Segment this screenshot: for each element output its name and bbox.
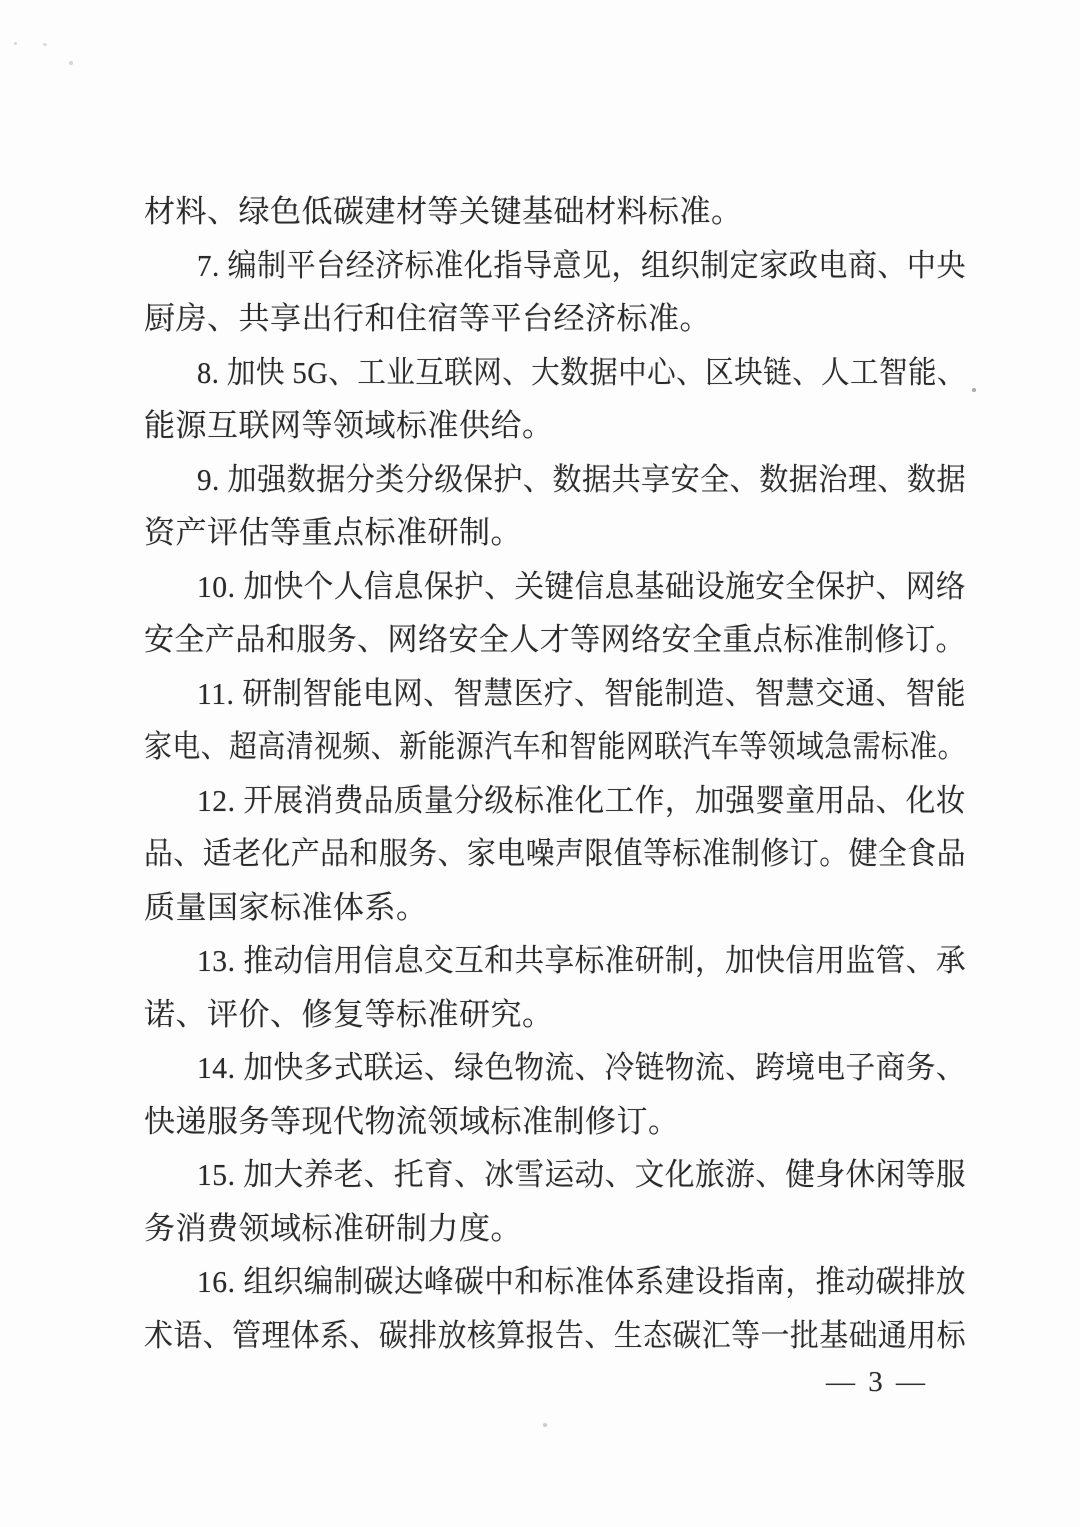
text-line: 家电、超高清视频、新能源汽车和智能网联汽车等领域急需标准。 [144, 720, 966, 774]
text-line-content: 16. 组织编制碳达峰碳中和标准体系建设指南，推动碳排放 [197, 1255, 966, 1309]
text-line: 14. 加快多式联运、绿色物流、冷链物流、跨境电子商务、 [144, 1041, 966, 1095]
text-line: 9. 加强数据分类分级保护、数据共享安全、数据治理、数据 [144, 453, 966, 507]
text-line: 11. 研制智能电网、智慧医疗、智能制造、智慧交通、智能 [144, 667, 966, 721]
text-line: 7. 编制平台经济标准化指导意见，组织制定家政电商、中央 [144, 239, 966, 293]
text-line-content: 8. 加快 5G、工业互联网、大数据中心、区块链、人工智能、 [197, 346, 966, 400]
text-line-content: 材料、绿色低碳建材等关键基础材料标准。 [144, 194, 743, 229]
text-line-content: 厨房、共享出行和住宿等平台经济标准。 [144, 301, 711, 336]
scanned-document-page: 材料、绿色低碳建材等关键基础材料标准。7. 编制平台经济标准化指导意见，组织制定… [0, 0, 1080, 1527]
text-line: 快递服务等现代物流领域标准制修订。 [144, 1095, 966, 1149]
text-line-content: 品、适老化产品和服务、家电噪声限值等标准制修订。健全食品 [144, 827, 966, 881]
text-line-content: 家电、超高清视频、新能源汽车和智能网联汽车等领域急需标准。 [144, 720, 966, 774]
scan-speck [69, 61, 73, 65]
text-line-content: 安全产品和服务、网络安全人才等网络安全重点标准制修订。 [144, 613, 966, 667]
text-line-content: 能源互联网等领域标准供给。 [144, 408, 554, 443]
text-line-content: 15. 加大养老、托育、冰雪运动、文化旅游、健身休闲等服 [197, 1148, 966, 1202]
text-line-content: 7. 编制平台经济标准化指导意见，组织制定家政电商、中央 [197, 239, 966, 293]
text-line-content: 12. 开展消费品质量分级标准化工作，加强婴童用品、化妆 [197, 774, 966, 828]
text-line: 术语、管理体系、碳排放核算报告、生态碳汇等一批基础通用标 [144, 1309, 966, 1363]
text-line: 10. 加快个人信息保护、关键信息基础设施安全保护、网络 [144, 560, 966, 614]
text-line-content: 术语、管理体系、碳排放核算报告、生态碳汇等一批基础通用标 [144, 1309, 966, 1363]
text-line: 务消费领域标准研制力度。 [144, 1202, 966, 1256]
text-line-content: 快递服务等现代物流领域标准制修订。 [144, 1104, 680, 1139]
text-line-content: 13. 推动信用信息交互和共享标准研制，加快信用监管、承 [197, 934, 966, 988]
text-line: 品、适老化产品和服务、家电噪声限值等标准制修订。健全食品 [144, 827, 966, 881]
document-body: 材料、绿色低碳建材等关键基础材料标准。7. 编制平台经济标准化指导意见，组织制定… [144, 185, 966, 1362]
text-line: 诺、评价、修复等标准研究。 [144, 988, 966, 1042]
text-line: 8. 加快 5G、工业互联网、大数据中心、区块链、人工智能、 [144, 346, 966, 400]
text-line-content: 诺、评价、修复等标准研究。 [144, 997, 554, 1032]
text-line: 13. 推动信用信息交互和共享标准研制，加快信用监管、承 [144, 934, 966, 988]
scan-speck [14, 42, 17, 45]
text-line: 12. 开展消费品质量分级标准化工作，加强婴童用品、化妆 [144, 774, 966, 828]
page-number: — 3 — [826, 1364, 928, 1400]
text-line-content: 务消费领域标准研制力度。 [144, 1211, 522, 1246]
text-line: 厨房、共享出行和住宿等平台经济标准。 [144, 292, 966, 346]
scan-speck [543, 1423, 547, 1427]
scan-speck [43, 43, 47, 46]
text-line-content: 11. 研制智能电网、智慧医疗、智能制造、智慧交通、智能 [197, 667, 966, 721]
text-line-content: 资产评估等重点标准研制。 [144, 515, 522, 550]
text-line: 质量国家标准体系。 [144, 881, 966, 935]
text-line: 16. 组织编制碳达峰碳中和标准体系建设指南，推动碳排放 [144, 1255, 966, 1309]
text-line-content: 14. 加快多式联运、绿色物流、冷链物流、跨境电子商务、 [197, 1041, 966, 1095]
text-line-content: 10. 加快个人信息保护、关键信息基础设施安全保护、网络 [197, 560, 966, 614]
text-line: 15. 加大养老、托育、冰雪运动、文化旅游、健身休闲等服 [144, 1148, 966, 1202]
text-line-content: 9. 加强数据分类分级保护、数据共享安全、数据治理、数据 [197, 453, 966, 507]
text-line: 材料、绿色低碳建材等关键基础材料标准。 [144, 185, 966, 239]
text-line: 安全产品和服务、网络安全人才等网络安全重点标准制修订。 [144, 613, 966, 667]
text-line: 能源互联网等领域标准供给。 [144, 399, 966, 453]
text-line: 资产评估等重点标准研制。 [144, 506, 966, 560]
text-line-content: 质量国家标准体系。 [144, 890, 428, 925]
